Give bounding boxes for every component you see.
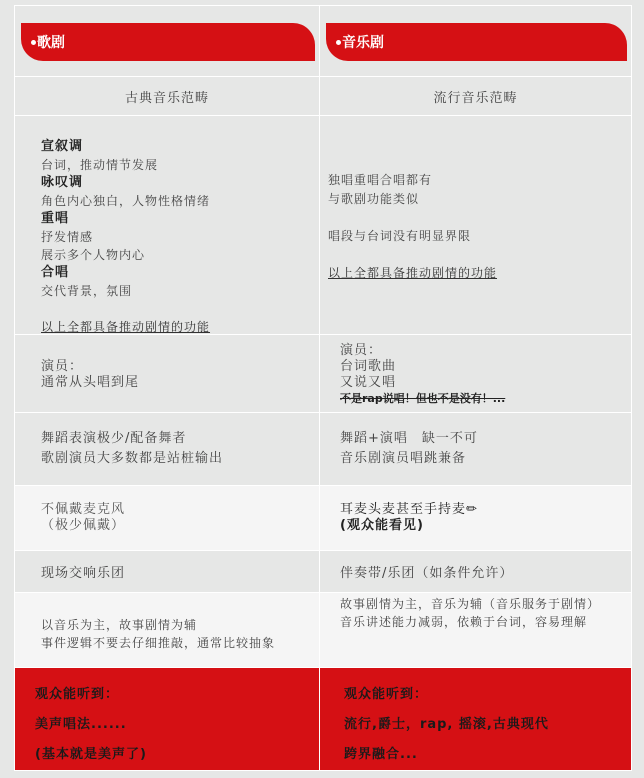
dance-line-2: 歌剧演员大多数都是站桩输出 [41,449,319,469]
header-cell-musical: 音乐剧 [320,6,632,77]
category-row: 古典音乐范畴 流行音乐范畴 [15,77,632,116]
orchestra-opera: 现场交响乐团 [15,551,320,593]
audio-opera: 观众能听到： 美声唱法...... (基本就是美声了) [15,668,320,771]
dance-musical: 舞蹈+演唱 缺一不可 音乐剧演员唱跳兼备 [320,413,632,486]
mic-opera: 不佩戴麦克风 （极少佩戴） [15,486,320,551]
audio-line-1: 美声唱法...... [35,710,319,740]
performer-strike-note: 不是rap说唱！但也不是没有！... [340,391,631,407]
musical-tab: 音乐剧 [326,23,627,61]
story-line-1: 以音乐为主，故事剧情为辅 [41,616,319,634]
story-line-1: 故事剧情为主，音乐为辅（音乐服务于剧情） [340,595,621,613]
pencil-icon: ✏ [466,502,478,517]
comparison-table: 歌剧 音乐剧 古典音乐范畴 流行音乐范畴 宣叙调 台词，推动情节发展 咏叹调 角… [14,5,632,771]
category-opera: 古典音乐范畴 [15,77,320,116]
chorus-desc: 交代背景，氛围 [41,282,319,300]
vocal-summary: 以上全都具备推动剧情的功能 [328,264,631,283]
story-line-2: 事件逻辑不要去仔细推敲，通常比较抽象 [41,634,319,652]
audio-label: 观众能听到： [35,680,319,710]
performer-desc-2: 又说又唱 [340,375,631,391]
story-line-2: 音乐讲述能力减弱，依赖于台词，容易理解 [340,613,621,631]
mic-line-1: 耳麦头麦甚至手持麦 [340,502,466,517]
performer-desc: 通常从头唱到尾 [41,375,319,391]
orchestra-text: 现场交响乐团 [15,562,125,581]
dance-line-2: 音乐剧演员唱跳兼备 [340,449,631,469]
orchestra-musical: 伴奏带/乐团（如条件允许） [320,551,632,593]
audio-musical: 观众能听到： 流行,爵士，rap, 摇滚,古典现代 跨界融合... [320,668,632,771]
ensemble-title: 重唱 [41,210,319,228]
performer-label: 演员： [340,343,631,359]
performer-row: 演员： 通常从头唱到尾 演员： 台词歌曲 又说又唱 不是rap说唱！但也不是没有… [15,335,632,413]
vocal-line-3: 唱段与台词没有明显界限 [328,227,631,246]
performer-musical: 演员： 台词歌曲 又说又唱 不是rap说唱！但也不是没有！... [320,335,632,413]
mic-line-1: 不佩戴麦克风 [41,502,319,518]
opera-title: 歌剧 [37,32,65,52]
story-row: 以音乐为主，故事剧情为辅 事件逻辑不要去仔细推敲，通常比较抽象 故事剧情为主，音… [15,593,632,668]
ensemble-desc: 抒发情感 [41,228,319,246]
recitative-desc: 台词，推动情节发展 [41,156,319,174]
vocal-line-2: 与歌剧功能类似 [328,190,631,209]
musical-title: 音乐剧 [342,32,384,52]
mic-row: 不佩戴麦克风 （极少佩戴） 耳麦头麦甚至手持麦✏ (观众能看见) [15,486,632,551]
bullet-icon [31,40,36,45]
audio-line-1: 流行,爵士，rap, 摇滚,古典现代 [344,710,631,740]
performer-label: 演员： [41,359,319,375]
bullet-icon [336,40,341,45]
chorus-title: 合唱 [41,264,319,282]
dance-opera: 舞蹈表演极少/配备舞者 歌剧演员大多数都是站桩输出 [15,413,320,486]
story-opera: 以音乐为主，故事剧情为辅 事件逻辑不要去仔细推敲，通常比较抽象 [15,593,320,668]
performer-opera: 演员： 通常从头唱到尾 [15,335,320,413]
aria-title: 咏叹调 [41,174,319,192]
dance-row: 舞蹈表演极少/配备舞者 歌剧演员大多数都是站桩输出 舞蹈+演唱 缺一不可 音乐剧… [15,413,632,486]
ensemble-desc-2: 展示多个人物内心 [41,246,319,264]
orchestra-text: 伴奏带/乐团（如条件允许） [320,562,513,581]
dance-line-1: 舞蹈+演唱 缺一不可 [340,429,631,449]
vocal-musical: 独唱重唱合唱都有 与歌剧功能类似 唱段与台词没有明显界限 以上全都具备推动剧情的… [320,116,632,335]
audio-line-2: (基本就是美声了) [35,740,319,770]
opera-tab: 歌剧 [21,23,315,61]
vocal-row: 宣叙调 台词，推动情节发展 咏叹调 角色内心独白，人物性格情绪 重唱 抒发情感 … [15,116,632,335]
audio-row: 观众能听到： 美声唱法...... (基本就是美声了) 观众能听到： 流行,爵士… [15,668,632,771]
audio-label: 观众能听到： [344,680,631,710]
vocal-opera: 宣叙调 台词，推动情节发展 咏叹调 角色内心独白，人物性格情绪 重唱 抒发情感 … [15,116,320,335]
mic-line-2: (观众能看见) [340,518,631,534]
mic-musical: 耳麦头麦甚至手持麦✏ (观众能看见) [320,486,632,551]
vocal-summary: 以上全都具备推动剧情的功能 [41,318,319,336]
category-musical: 流行音乐范畴 [320,77,632,116]
header-cell-opera: 歌剧 [15,6,320,77]
mic-line-2: （极少佩戴） [41,518,319,534]
header-row: 歌剧 音乐剧 [15,6,632,77]
recitative-title: 宣叙调 [41,138,319,156]
story-musical: 故事剧情为主，音乐为辅（音乐服务于剧情） 音乐讲述能力减弱，依赖于台词，容易理解 [320,593,632,668]
dance-line-1: 舞蹈表演极少/配备舞者 [41,429,319,449]
aria-desc: 角色内心独白，人物性格情绪 [41,192,319,210]
audio-line-2: 跨界融合... [344,740,631,770]
orchestra-row: 现场交响乐团 伴奏带/乐团（如条件允许） [15,551,632,593]
vocal-line-1: 独唱重唱合唱都有 [328,171,631,190]
performer-desc-1: 台词歌曲 [340,359,631,375]
